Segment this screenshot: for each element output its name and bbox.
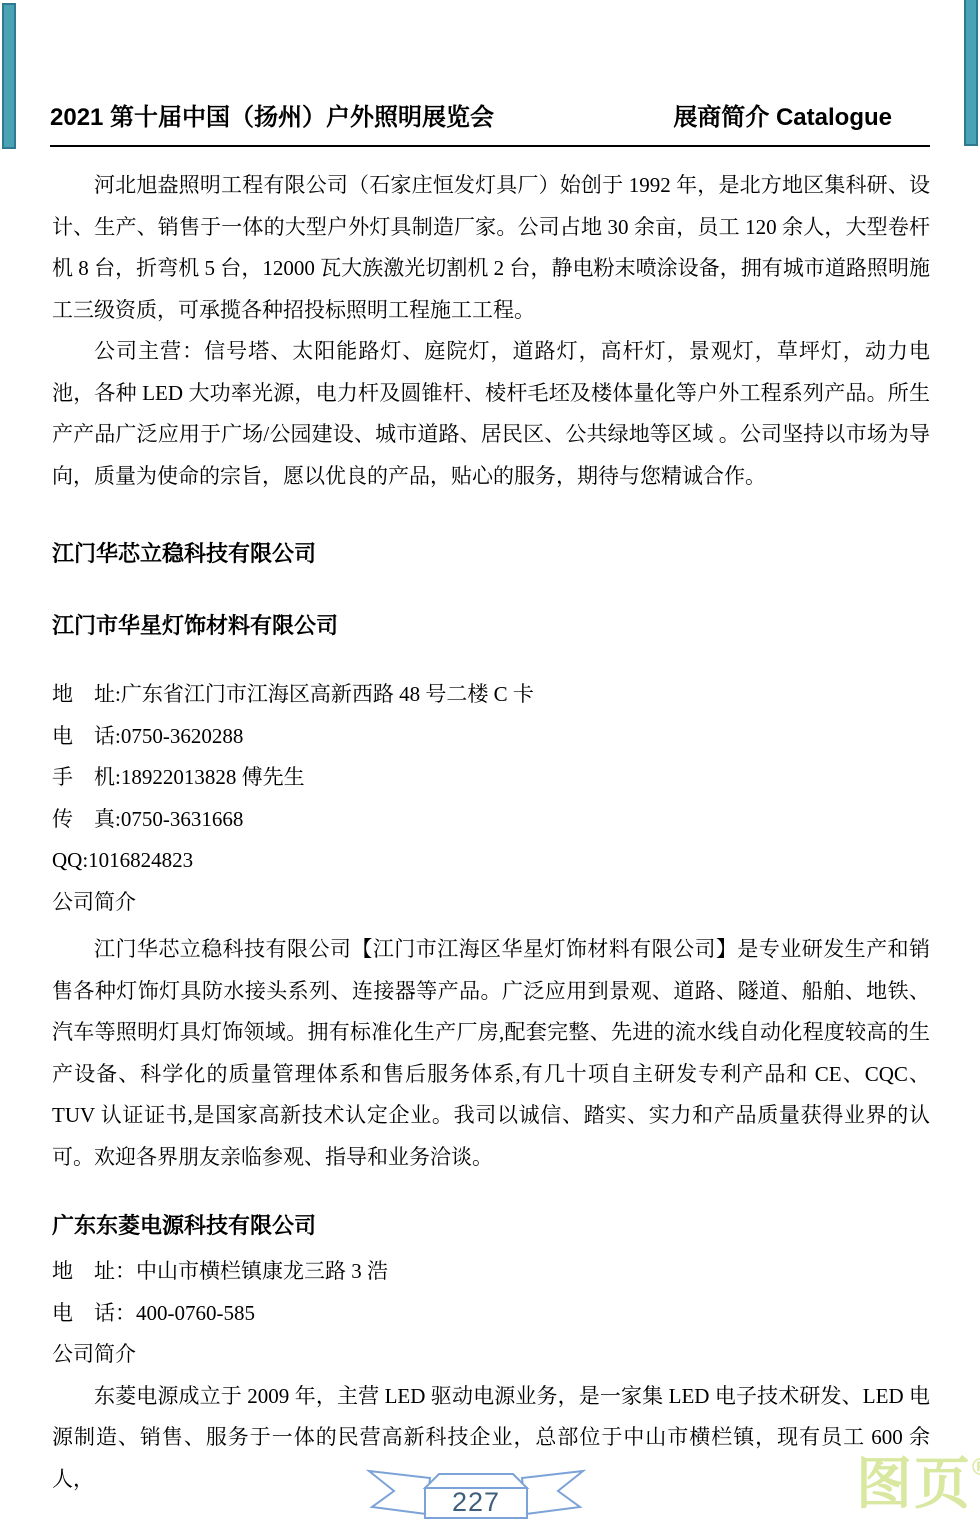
paragraph-hebei-xuang-intro: 河北旭盎照明工程有限公司（石家庄恒发灯具厂）始创于 1992 年，是北方地区集科…: [52, 165, 930, 331]
company-profile-label: 公司简介: [52, 1334, 930, 1376]
contact-qq: QQ:1016824823: [52, 840, 930, 882]
company-heading-jiangmen-huaxin: 江门华芯立稳科技有限公司: [52, 539, 930, 569]
contact-address: 地 址:广东省江门市江海区高新西路 48 号二楼 C 卡: [52, 674, 930, 716]
registered-mark-icon: ®: [972, 1454, 980, 1481]
contact-fax: 传 真:0750-3631668: [52, 799, 930, 841]
decorative-bar-top-left: [2, 3, 16, 149]
paragraph-jiangmen-profile: 江门华芯立稳科技有限公司【江门市江海区华星灯饰材料有限公司】是专业研发生产和销售…: [52, 929, 930, 1178]
ribbon-tail-right-icon: [522, 1471, 583, 1514]
contact-phone: 电 话：400-0760-585: [52, 1293, 930, 1335]
company-heading-guangdong-dongling: 广东东菱电源科技有限公司: [52, 1211, 930, 1241]
catalogue-page: { "header": { "left": "2021 第十届中国（扬州）户外照…: [0, 0, 980, 1523]
page-number: 227: [452, 1487, 500, 1517]
company-heading-jiangmen-huaxing: 江门市华星灯饰材料有限公司: [52, 611, 930, 641]
ribbon-tail-left-icon: [369, 1471, 430, 1514]
watermark-tuyewang: 图页®网: [856, 1452, 980, 1516]
contact-block-dongling: 地 址：中山市横栏镇康龙三路 3 浩 电 话：400-0760-585 公司简介: [52, 1251, 930, 1376]
contact-mobile: 手 机:18922013828 傅先生: [52, 757, 930, 799]
header-title-left: 2021 第十届中国（扬州）户外照明展览会: [50, 104, 494, 132]
page-number-ribbon: 227: [366, 1466, 586, 1523]
ribbon-top-fold-icon: [425, 1474, 527, 1488]
company-profile-label: 公司简介: [52, 882, 930, 924]
watermark-text-left: 图页: [856, 1452, 972, 1515]
header-title-right: 展商简介 Catalogue: [673, 104, 930, 132]
contact-address: 地 址：中山市横栏镇康龙三路 3 浩: [52, 1251, 930, 1293]
contact-block-jiangmen: 地 址:广东省江门市江海区高新西路 48 号二楼 C 卡 电 话:0750-36…: [52, 674, 930, 923]
contact-phone: 电 话:0750-3620288: [52, 716, 930, 758]
page-content: 河北旭盎照明工程有限公司（石家庄恒发灯具厂）始创于 1992 年，是北方地区集科…: [52, 147, 930, 1500]
paragraph-hebei-xuang-products: 公司主营：信号塔、太阳能路灯、庭院灯，道路灯，高杆灯，景观灯，草坪灯，动力电池，…: [52, 331, 930, 497]
decorative-bar-top-right: [964, 0, 978, 146]
page-header: 2021 第十届中国（扬州）户外照明展览会 展商简介 Catalogue: [50, 104, 930, 147]
